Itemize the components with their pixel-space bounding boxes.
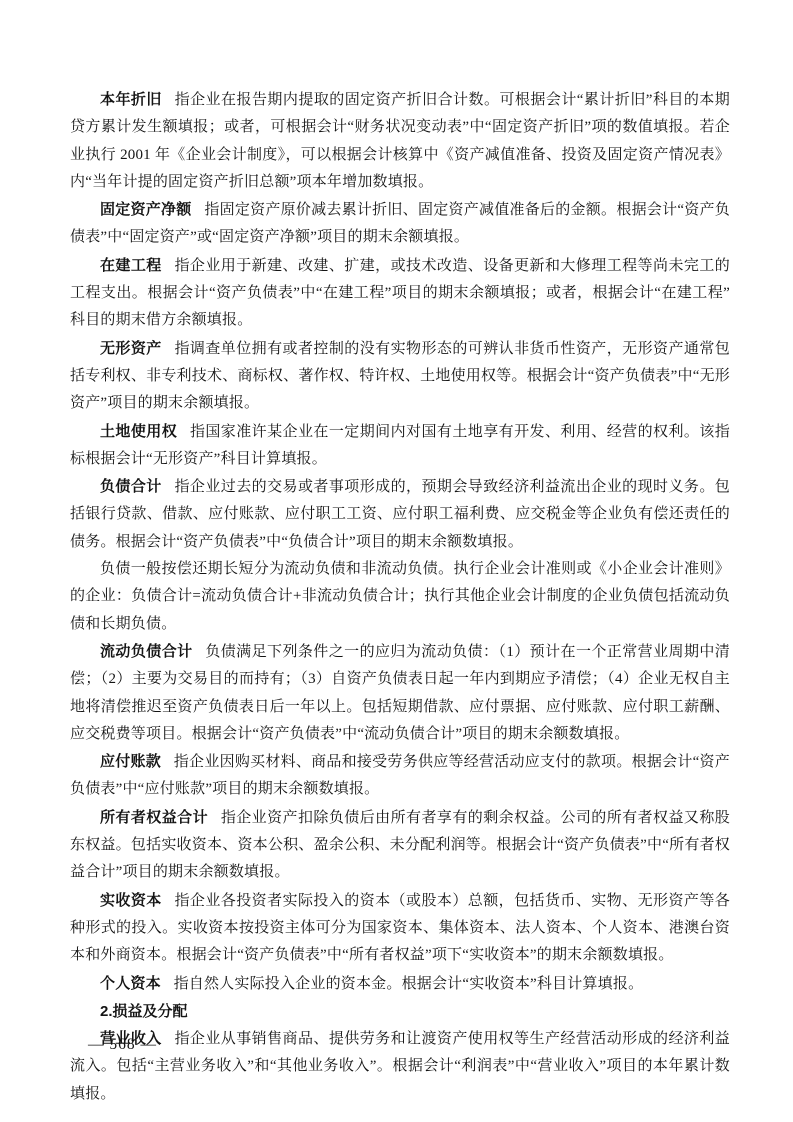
definition-term: 个人资本	[100, 975, 161, 992]
definition-paragraph: 营业收入指企业从事销售商品、提供劳务和让渡资产使用权等生产经营活动形成的经济利益…	[70, 1025, 730, 1108]
definition-paragraph: 负债合计指企业过去的交易或者事项形成的，预期会导致经济利益流出企业的现时义务。包…	[70, 473, 730, 556]
definition-text: 指调查单位拥有或者控制的没有实物形态的可辨认非货币性资产，无形资产通常包括专利权…	[70, 341, 730, 412]
definition-text: 指企业用于新建、改建、扩建，或技术改造、设备更新和大修理工程等尚未完工的工程支出…	[70, 258, 730, 329]
definition-paragraph: 土地使用权指国家准许某企业在一定期间内对国有土地享有开发、利用、经营的权利。该指…	[70, 418, 730, 474]
paragraph-text: 负债一般按偿还期长短分为流动负债和非流动负债。执行企业会计准则或《小企业会计准则…	[70, 561, 730, 632]
page-footer: — 568 —	[88, 1034, 157, 1056]
definition-text: 指企业因购买材料、商品和接受劳务供应等经营活动应支付的款项。根据会计“资产负债表…	[70, 754, 730, 797]
page-content: 本年折旧指企业在报告期内提取的固定资产折旧合计数。可根据会计“累计折旧”科目的本…	[70, 86, 730, 1108]
definition-term: 所有者权益合计	[100, 809, 208, 826]
definition-paragraph: 在建工程指企业用于新建、改建、扩建，或技术改造、设备更新和大修理工程等尚未完工的…	[70, 252, 730, 335]
definition-text: 指企业各投资者实际投入的资本（或股本）总额，包括货币、实物、无形资产等各种形式的…	[70, 893, 730, 964]
definition-paragraph: 所有者权益合计指企业资产扣除负债后由所有者享有的剩余权益。公司的所有者权益又称股…	[70, 804, 730, 887]
definition-term: 土地使用权	[100, 423, 177, 440]
definition-text: 指企业过去的交易或者事项形成的，预期会导致经济利益流出企业的现时义务。包括银行贷…	[70, 479, 730, 550]
definition-paragraph: 实收资本指企业各投资者实际投入的资本（或股本）总额，包括货币、实物、无形资产等各…	[70, 887, 730, 970]
definition-term: 流动负债合计	[100, 643, 193, 660]
definition-term: 在建工程	[100, 257, 162, 274]
definition-paragraph: 应付账款指企业因购买材料、商品和接受劳务供应等经营活动应支付的款项。根据会计“资…	[70, 748, 730, 804]
definition-paragraph: 个人资本指自然人实际投入企业的资本金。根据会计“实收资本”科目计算填报。	[70, 970, 730, 998]
definition-term: 本年折旧	[100, 91, 162, 108]
definition-paragraph: 本年折旧指企业在报告期内提取的固定资产折旧合计数。可根据会计“累计折旧”科目的本…	[70, 86, 730, 196]
section-heading: 2.损益及分配	[70, 998, 730, 1025]
document-page: 本年折旧指企业在报告期内提取的固定资产折旧合计数。可根据会计“累计折旧”科目的本…	[0, 0, 793, 1122]
definition-term: 固定资产净额	[100, 201, 192, 218]
definition-term: 无形资产	[100, 340, 162, 357]
definition-text: 指企业从事销售商品、提供劳务和让渡资产使用权等生产经营活动形成的经济利益流入。包…	[70, 1031, 730, 1102]
definition-text: 指企业在报告期内提取的固定资产折旧合计数。可根据会计“累计折旧”科目的本期贷方累…	[70, 92, 730, 190]
definition-paragraph: 无形资产指调查单位拥有或者控制的没有实物形态的可辨认非货币性资产，无形资产通常包…	[70, 335, 730, 418]
definition-term: 实收资本	[100, 892, 162, 909]
definition-paragraph: 流动负债合计负债满足下列条件之一的应归为流动负债：（1）预计在一个正常营业周期中…	[70, 638, 730, 748]
definition-text: 指自然人实际投入企业的资本金。根据会计“实收资本”科目计算填报。	[174, 976, 644, 992]
definition-term: 应付账款	[100, 753, 161, 770]
definition-paragraph: 固定资产净额指固定资产原价减去累计折旧、固定资产减值准备后的金额。根据会计“资产…	[70, 196, 730, 252]
body-paragraph: 负债一般按偿还期长短分为流动负债和非流动负债。执行企业会计准则或《小企业会计准则…	[70, 556, 730, 638]
definition-term: 负债合计	[100, 478, 162, 495]
